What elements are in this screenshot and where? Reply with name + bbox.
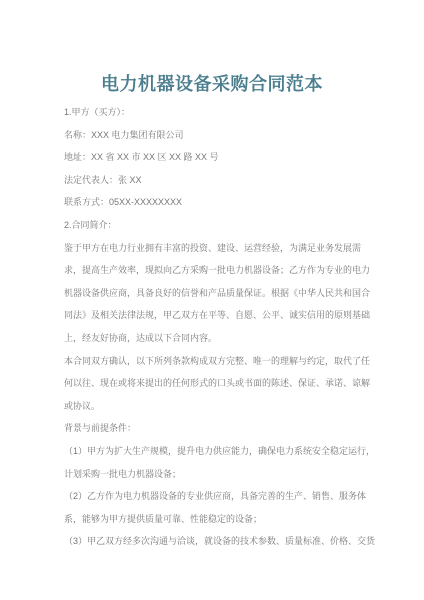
intro-para1-line: 上，经友好协商，达成以下合同内容。 [64,327,364,350]
intro-para2-line: 本合同双方确认，以下所列条款构成双方完整、唯一的理解与约定，取代了任 [64,350,364,373]
intro-para2-line: 或协议。 [64,395,364,418]
party-a-contact: 联系方式：05XX-XXXXXXXX [64,191,364,214]
background-item1-line: （1）甲方为扩大生产规模，提升电力供应能力，确保电力系统安全稳定运行， [64,440,364,463]
background-heading: 背景与前提条件： [64,417,364,440]
intro-para1-line: 同法》及相关法律法规，甲乙双方在平等、自愿、公平、诚实信用的原则基础 [64,304,364,327]
party-a-address: 地址：XX 省 XX 市 XX 区 XX 路 XX 号 [64,146,364,169]
contract-document-page: 电力机器设备采购合同范本 1.甲方（买方）： 名称：XXX 电力集团有限公司 地… [0,0,424,600]
background-item3-line: （3）甲乙双方经多次沟通与洽谈，就设备的技术参数、质量标准、价格、交货 [64,530,364,553]
party-a-heading: 1.甲方（买方）： [64,101,364,124]
intro-para1-line: 求，提高生产效率，现拟向乙方采购一批电力机器设备；乙方作为专业的电力 [64,259,364,282]
contract-body: 1.甲方（买方）： 名称：XXX 电力集团有限公司 地址：XX 省 XX 市 X… [64,101,364,553]
party-a-legal-rep: 法定代表人：张 XX [64,169,364,192]
party-a-name: 名称：XXX 电力集团有限公司 [64,124,364,147]
intro-heading: 2.合同简介： [64,214,364,237]
intro-para2-line: 何以往、现在或将来提出的任何形式的口头或书面的陈述、保证、承诺、谅解 [64,372,364,395]
background-item1-line: 计划采购一批电力机器设备； [64,463,364,486]
intro-para1-line: 鉴于甲方在电力行业拥有丰富的投资、建设、运营经验，为满足业务发展需 [64,237,364,260]
intro-para1-line: 机器设备供应商，具备良好的信誉和产品质量保证。根据《中华人民共和国合 [64,282,364,305]
contract-title: 电力机器设备采购合同范本 [0,70,424,96]
background-item2-line: 系，能够为甲方提供质量可靠、性能稳定的设备； [64,508,364,531]
background-item2-line: （2）乙方作为电力机器设备的专业供应商，具备完善的生产、销售、服务体 [64,485,364,508]
